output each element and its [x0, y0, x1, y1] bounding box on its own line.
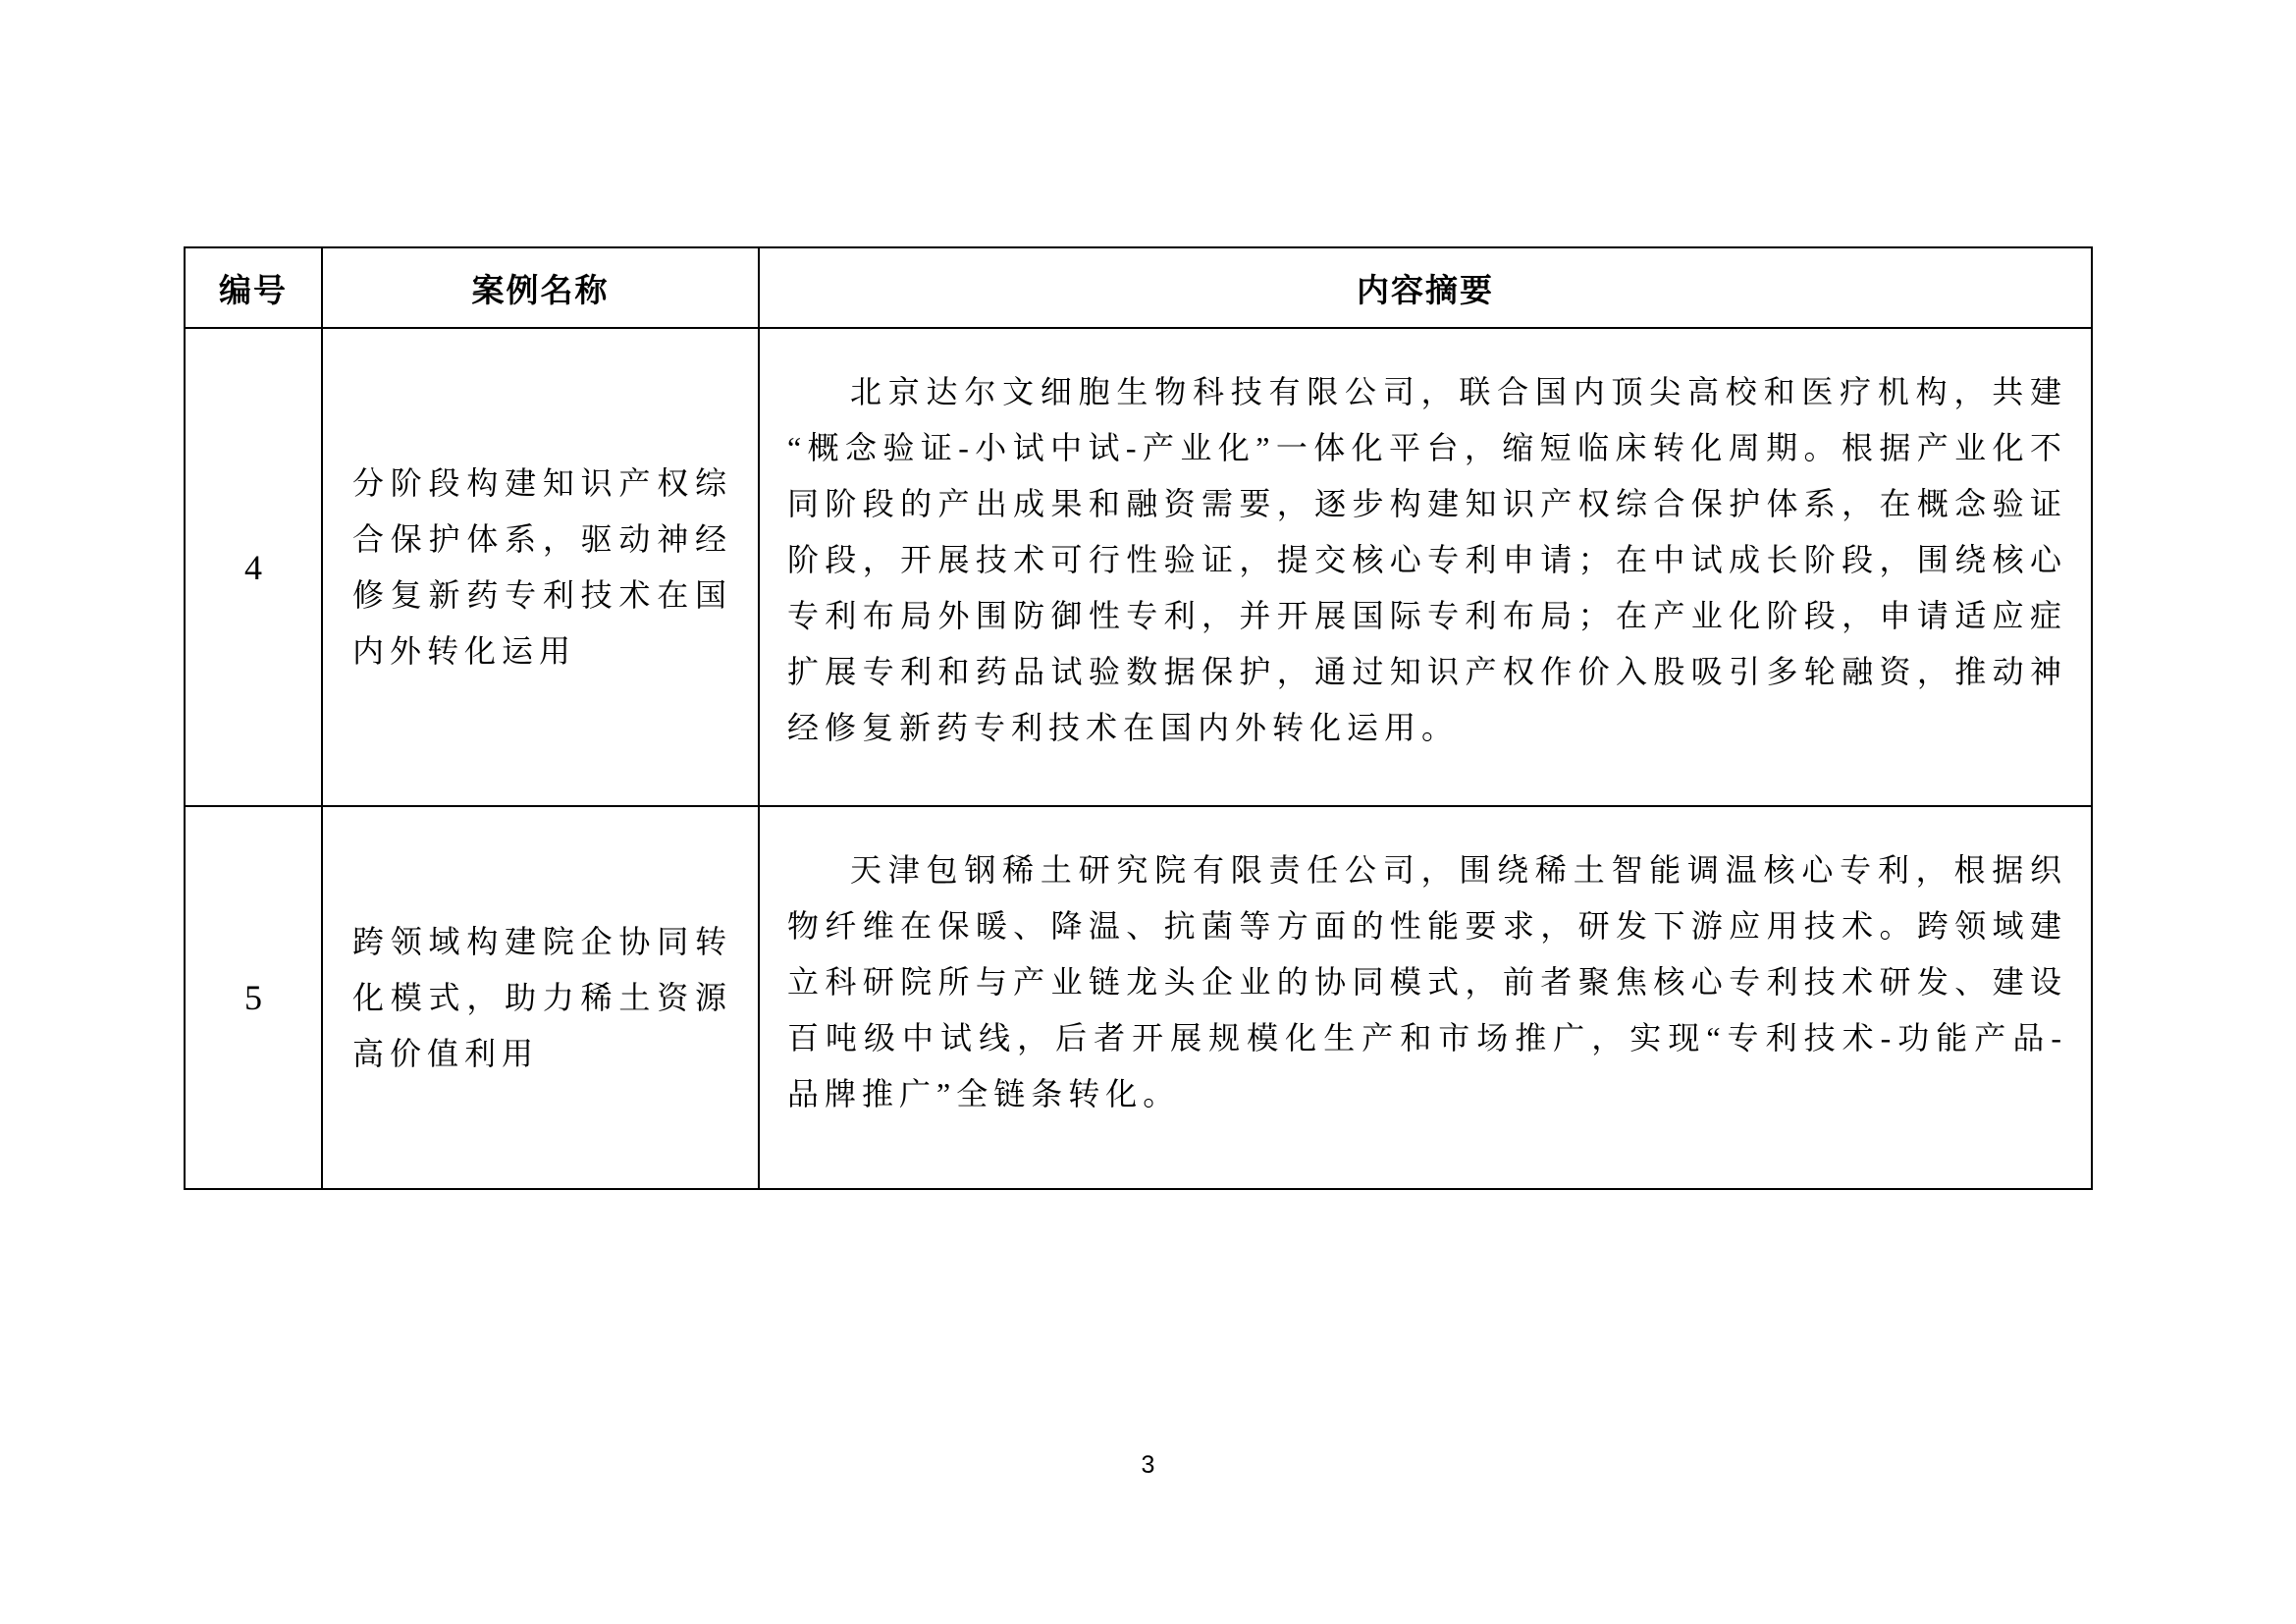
table-header-row: 编号 案例名称 内容摘要 — [185, 247, 2092, 328]
header-cell-number: 编号 — [185, 247, 322, 328]
case-summary-table: 编号 案例名称 内容摘要 4 分阶段构建知识产权综合保护体系，驱动神经修复新药专… — [184, 246, 2093, 1190]
case-summary-text: 天津包钢稀土研究院有限责任公司，围绕稀土智能调温核心专利，根据织物纤维在保暖、降… — [787, 842, 2067, 1122]
case-summary-text: 北京达尔文细胞生物科技有限公司，联合国内顶尖高校和医疗机构，共建“概念验证-小试… — [787, 364, 2067, 756]
table-row: 4 分阶段构建知识产权综合保护体系，驱动神经修复新药专利技术在国内外转化运用 北… — [185, 328, 2092, 806]
header-cell-case-name: 案例名称 — [322, 247, 759, 328]
header-cell-content-summary: 内容摘要 — [759, 247, 2092, 328]
document-page: 编号 案例名称 内容摘要 4 分阶段构建知识产权综合保护体系，驱动神经修复新药专… — [0, 0, 2296, 1624]
case-number: 4 — [185, 328, 322, 806]
case-name-text: 分阶段构建知识产权综合保护体系，驱动神经修复新药专利技术在国内外转化运用 — [352, 456, 732, 679]
case-summary-cell: 北京达尔文细胞生物科技有限公司，联合国内顶尖高校和医疗机构，共建“概念验证-小试… — [759, 328, 2092, 806]
case-name-text: 跨领域构建院企协同转化模式，助力稀土资源高价值利用 — [352, 914, 732, 1082]
case-summary-cell: 天津包钢稀土研究院有限责任公司，围绕稀土智能调温核心专利，根据织物纤维在保暖、降… — [759, 806, 2092, 1189]
case-number: 5 — [185, 806, 322, 1189]
page-number: 3 — [0, 1451, 2296, 1480]
table-row: 5 跨领域构建院企协同转化模式，助力稀土资源高价值利用 天津包钢稀土研究院有限责… — [185, 806, 2092, 1189]
case-name-cell: 跨领域构建院企协同转化模式，助力稀土资源高价值利用 — [322, 806, 759, 1189]
case-name-cell: 分阶段构建知识产权综合保护体系，驱动神经修复新药专利技术在国内外转化运用 — [322, 328, 759, 806]
